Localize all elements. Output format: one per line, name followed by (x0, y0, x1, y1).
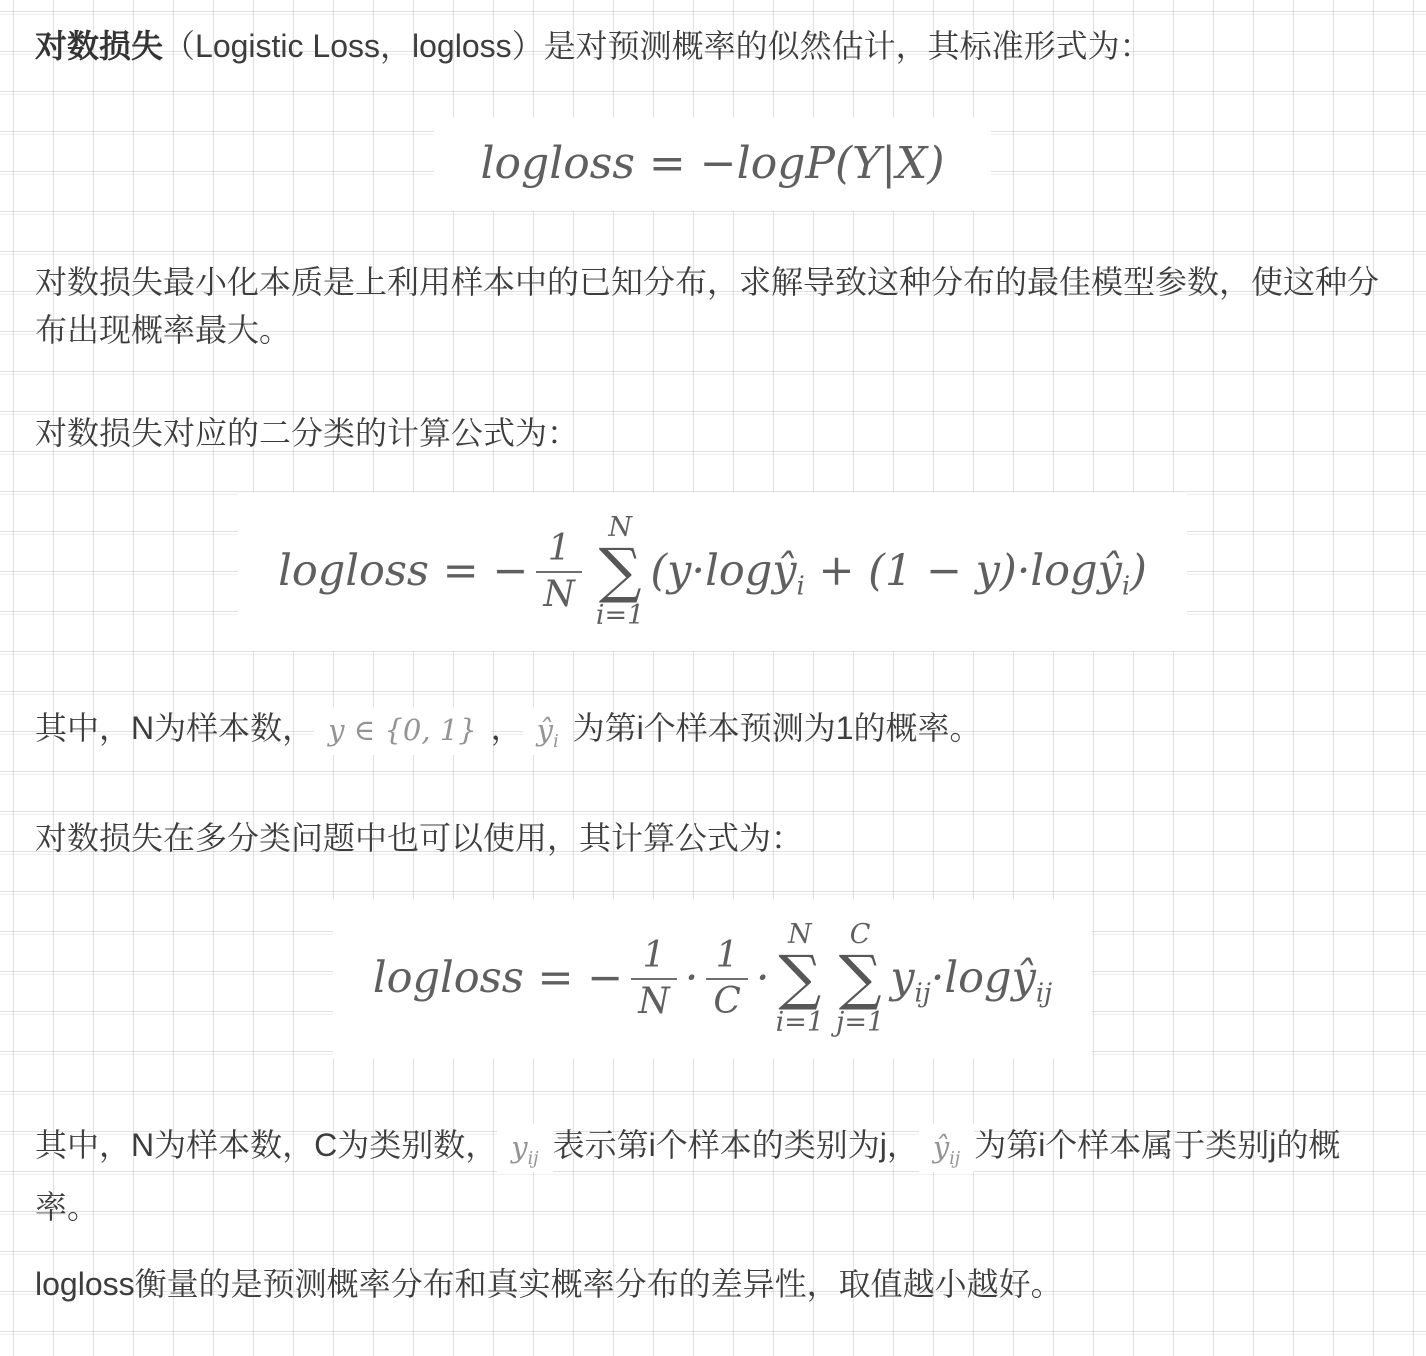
math-token-cdot-2: · (756, 957, 770, 1000)
math-token-numerator: 1 (541, 530, 578, 571)
inline-math-y-domain: y ∈ {0, 1} (314, 707, 491, 755)
formula-multiclass-logloss: logloss = −1N·1C·N∑i=1C∑j=1yij·logŷij (333, 899, 1092, 1058)
inline-math-yhat-ij: ŷij (919, 1124, 974, 1172)
math-token-b2: + (1 − y)·logŷ (805, 546, 1122, 596)
sigma-icon: ∑ (599, 543, 642, 600)
paragraph-binary-vars-text-1: 其中，N为样本数， (35, 710, 314, 746)
math-token-b3: ) (1130, 546, 1147, 596)
paragraph-intro: 对数损失（Logistic Loss，logloss）是对预测概率的似然估计，其… (35, 22, 1390, 70)
paragraph-intro-text: （Logistic Loss，logloss）是对预测概率的似然估计，其标准形式… (163, 28, 1152, 64)
math-token-b1: (y·logŷ (650, 546, 796, 596)
math-token-denominator: C (706, 978, 748, 1021)
sigma-icon: ∑ (778, 950, 821, 1007)
math-token-sub-ij-2: ij (1036, 979, 1052, 1009)
paragraph-binary-vars-comma: ， (491, 710, 523, 746)
paragraph-binary-variables: 其中，N为样本数，y ∈ {0, 1}，ŷi为第i个样本预测为1的概率。 (35, 697, 1390, 759)
formula-binary-logloss: logloss = −1NN∑i=1(y·logŷi + (1 − y)·log… (238, 492, 1187, 651)
math-token-body: (y·logŷi + (1 − y)·logŷi) (650, 550, 1147, 593)
paragraph-summary: logloss衡量的是预测概率分布和真实概率分布的差异性，取值越小越好。 (35, 1260, 1390, 1308)
math-sum-i-1-N: N∑i=1 (596, 512, 644, 631)
inline-math-yhat-i: ŷi (523, 707, 573, 755)
math-token-sum-lower: i=1 (776, 1007, 824, 1038)
page: { "page": { "background_color": "#ffffff… (0, 0, 1426, 1356)
paragraph-binary-vars-text-2: 为第i个样本预测为1的概率。 (573, 710, 982, 746)
math-fraction-1-over-C: 1C (706, 937, 748, 1021)
math-token-lhs: logloss = − (373, 957, 623, 1000)
inline-math-yhat-i-base: ŷ (537, 713, 553, 747)
math-fraction-1-over-N: 1N (631, 937, 677, 1021)
math-token-numerator: 1 (709, 937, 746, 978)
math-sum-i-1-N: N∑i=1 (776, 919, 824, 1038)
paragraph-multi-vars-text-1: 其中，N为样本数，C为类别数， (35, 1127, 497, 1163)
math-token-b1: y (890, 953, 914, 1003)
formula-standard-logloss: logloss = −logP(Y|X) (434, 118, 990, 210)
inline-math-y-ij-sub: ij (528, 1149, 539, 1169)
math-token-denominator: N (536, 571, 582, 614)
math-token-sub-i-1: i (797, 572, 805, 602)
math-token-numerator: 1 (635, 937, 672, 978)
sigma-icon: ∑ (839, 950, 882, 1007)
math-token-cdot-1: · (685, 957, 699, 1000)
formula-multiclass-logloss-row: logloss = −1N·1C·N∑i=1C∑j=1yij·logŷij (35, 899, 1390, 1058)
paragraph-multiclass-variables: 其中，N为样本数，C为类别数，yij表示第i个样本的类别为j，ŷij为第i个样本… (35, 1114, 1390, 1238)
math-fraction-1-over-N: 1N (536, 530, 582, 614)
document-body: 对数损失（Logistic Loss，logloss）是对预测概率的似然估计，其… (35, 22, 1390, 1308)
math-token-sum-lower: j=1 (836, 1007, 884, 1038)
formula-binary-logloss-row: logloss = −1NN∑i=1(y·logŷi + (1 − y)·log… (35, 492, 1390, 651)
paragraph-multi-vars-text-2: 表示第i个样本的类别为j， (553, 1127, 919, 1163)
inline-math-yhat-ij-sub: ij (949, 1149, 960, 1169)
paragraph-binary-formula-intro: 对数损失对应的二分类的计算公式为： (35, 409, 1390, 457)
math-token-body: yij·logŷij (890, 957, 1052, 1000)
inline-math-yhat-ij-base: ŷ (933, 1130, 949, 1164)
math-token-lhs: logloss = − (278, 550, 528, 593)
math-token-sum-lower: i=1 (596, 600, 644, 631)
term-logloss-bold: 对数损失 (35, 28, 163, 64)
formula-standard-logloss-row: logloss = −logP(Y|X) (35, 118, 1390, 210)
math-sum-j-1-C: C∑j=1 (836, 919, 884, 1038)
inline-math-yhat-i-sub: i (553, 731, 559, 751)
formula-standard-logloss-text: logloss = −logP(Y|X) (480, 142, 944, 186)
math-token-denominator: N (631, 978, 677, 1021)
math-token-sub-ij-1: ij (915, 979, 931, 1009)
math-token-sub-i-2: i (1122, 572, 1130, 602)
inline-math-y-ij: yij (497, 1124, 552, 1172)
math-token-b2: ·logŷ (931, 953, 1036, 1003)
inline-math-y-ij-base: y (511, 1130, 527, 1164)
paragraph-multiclass-formula-intro: 对数损失在多分类问题中也可以使用，其计算公式为： (35, 814, 1390, 862)
paragraph-minimization: 对数损失最小化本质是上利用样本中的已知分布，求解导致这种分布的最佳模型参数，使这… (35, 258, 1390, 354)
